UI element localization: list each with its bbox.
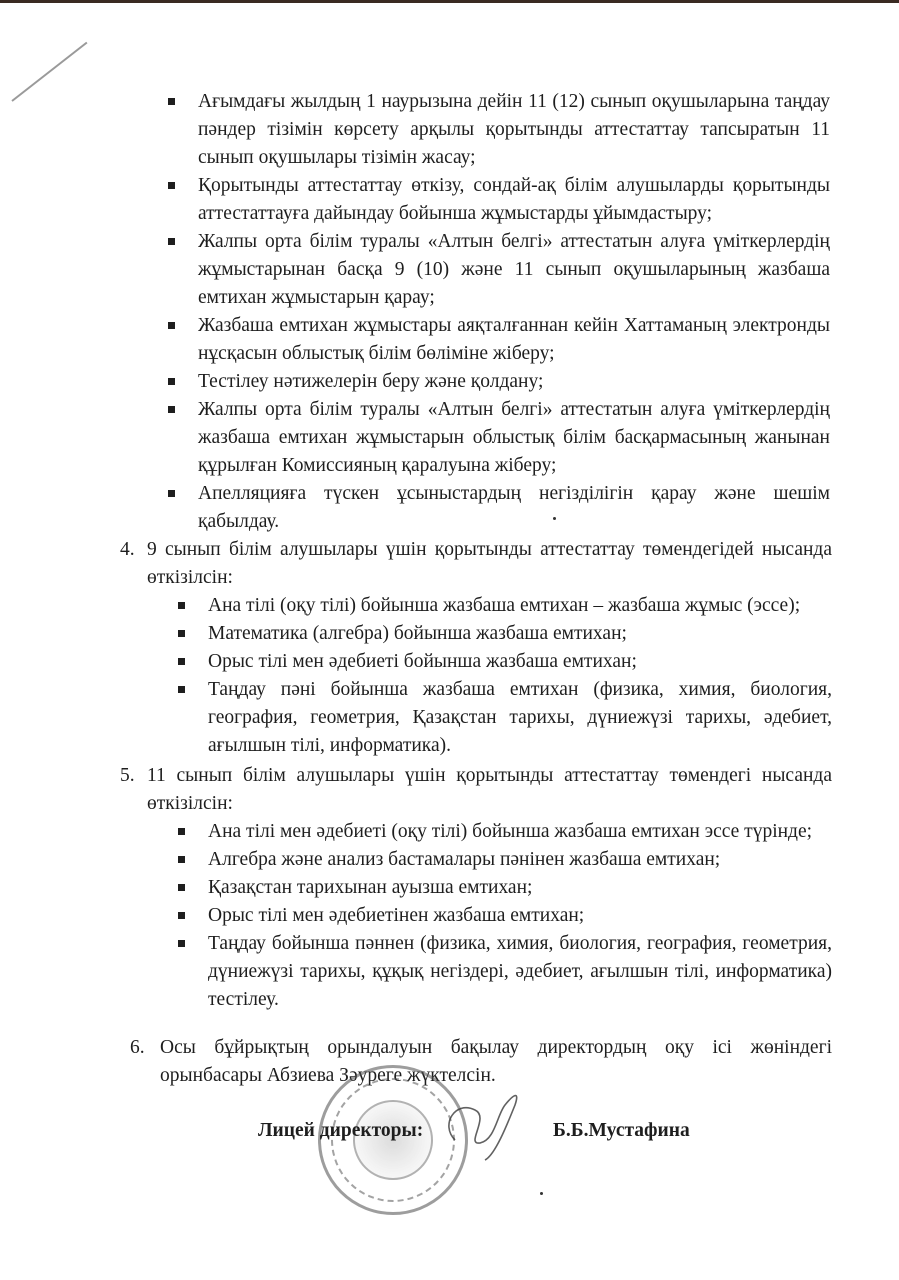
list-item-text: Орыс тілі мен әдебиетінен жазбаша емтиха… [208, 905, 584, 926]
list-item: Жалпы орта білім туралы «Алтын белгі» ат… [168, 396, 830, 480]
list-item-text: Орыс тілі мен әдебиеті бойынша жазбаша е… [208, 651, 637, 672]
list-item-text: Тестілеу нәтижелерін беру және қолдану; [198, 371, 543, 392]
numbered-item-4: 4. 9 сынып білім алушылары үшін қорытынд… [120, 536, 832, 592]
item-text: 11 сынып білім алушылары үшін қорытынды … [120, 762, 832, 818]
item-number: 4. [120, 536, 135, 564]
bullet-square-icon [168, 378, 175, 385]
list-item: Таңдау бойынша пәннен (физика, химия, би… [178, 930, 832, 1014]
list-item-text: Ана тілі мен әдебиеті (оқу тілі) бойынша… [208, 821, 812, 842]
bullet-square-icon [168, 238, 175, 245]
list-item-text: Жазбаша емтихан жұмыстары аяқталғаннан к… [198, 315, 830, 364]
list-item-text: Таңдау бойынша пәннен (физика, химия, би… [208, 933, 832, 1010]
list-item-text: Математика (алгебра) бойынша жазбаша емт… [208, 623, 627, 644]
bullet-square-icon [178, 828, 185, 835]
bullet-square-icon [178, 940, 185, 947]
list-item: Қорытынды аттестаттау өткізу, сондай-ақ … [168, 172, 830, 228]
list-item: Жалпы орта білім туралы «Алтын белгі» ат… [168, 228, 830, 312]
list-item: Математика (алгебра) бойынша жазбаша емт… [178, 620, 832, 648]
page-top-edge [0, 0, 899, 3]
list-item: Тестілеу нәтижелерін беру және қолдану; [168, 368, 830, 396]
list-item: Апелляцияға түскен ұсыныстардың негізділ… [168, 480, 830, 536]
bullet-square-icon [178, 884, 185, 891]
item-number: 5. [120, 762, 135, 790]
bullet-square-icon [178, 630, 185, 637]
bullet-square-icon [168, 490, 175, 497]
list-item: Алгебра және анализ бастамалары пәнінен … [178, 846, 832, 874]
signer-title: Лицей директоры: [258, 1120, 423, 1142]
bullet-square-icon [168, 98, 175, 105]
list-item: Ағымдағы жылдың 1 наурызына дейін 11 (12… [168, 88, 830, 172]
list-item-text: Жалпы орта білім туралы «Алтын белгі» ат… [198, 231, 830, 308]
list-item: Ана тілі (оқу тілі) бойынша жазбаша емти… [178, 592, 832, 620]
pen-mark [11, 42, 87, 102]
item4-bullet-list: Ана тілі (оқу тілі) бойынша жазбаша емти… [178, 592, 832, 760]
list-item: Орыс тілі мен әдебиеті бойынша жазбаша е… [178, 648, 832, 676]
list-item: Таңдау пәні бойынша жазбаша емтихан (физ… [178, 676, 832, 760]
list-item-text: Ағымдағы жылдың 1 наурызына дейін 11 (12… [198, 91, 830, 168]
list-item-text: Ана тілі (оқу тілі) бойынша жазбаша емти… [208, 595, 800, 616]
bullet-square-icon [168, 182, 175, 189]
signer-name: Б.Б.Мустафина [553, 1120, 690, 1142]
list-item-text: Қазақстан тарихынан ауызша емтихан; [208, 877, 532, 898]
handwritten-signature [435, 1085, 525, 1165]
numbered-item-6: 6. Осы бұйрықтың орындалуын бақылау дире… [130, 1034, 832, 1090]
list-item: Жазбаша емтихан жұмыстары аяқталғаннан к… [168, 312, 830, 368]
list-item-text: Қорытынды аттестаттау өткізу, сондай-ақ … [198, 175, 830, 224]
bullet-square-icon [178, 912, 185, 919]
item-number: 6. [130, 1034, 145, 1062]
list-item-text: Алгебра және анализ бастамалары пәнінен … [208, 849, 720, 870]
item-text: 9 сынып білім алушылары үшін қорытынды а… [120, 536, 832, 592]
section3-bullet-list: Ағымдағы жылдың 1 наурызына дейін 11 (12… [168, 88, 830, 536]
document-page: Ағымдағы жылдың 1 наурызына дейін 11 (12… [0, 0, 899, 1280]
bullet-square-icon [178, 856, 185, 863]
list-item-text: Апелляцияға түскен ұсыныстардың негізділ… [198, 483, 830, 532]
list-item-text: Таңдау пәні бойынша жазбаша емтихан (физ… [208, 679, 832, 756]
list-item: Ана тілі мен әдебиеті (оқу тілі) бойынша… [178, 818, 832, 846]
list-item-text: Жалпы орта білім туралы «Алтын белгі» ат… [198, 399, 830, 476]
list-item: Қазақстан тарихынан ауызша емтихан; [178, 874, 832, 902]
bullet-square-icon [168, 406, 175, 413]
speck [540, 1192, 543, 1195]
bullet-square-icon [168, 322, 175, 329]
bullet-square-icon [178, 686, 185, 693]
bullet-square-icon [178, 602, 185, 609]
list-item: Орыс тілі мен әдебиетінен жазбаша емтиха… [178, 902, 832, 930]
item5-bullet-list: Ана тілі мен әдебиеті (оқу тілі) бойынша… [178, 818, 832, 1014]
item-text: Осы бұйрықтың орындалуын бақылау директо… [130, 1034, 832, 1090]
numbered-item-5: 5. 11 сынып білім алушылары үшін қорытын… [120, 762, 832, 818]
speck [553, 517, 556, 520]
bullet-square-icon [178, 658, 185, 665]
